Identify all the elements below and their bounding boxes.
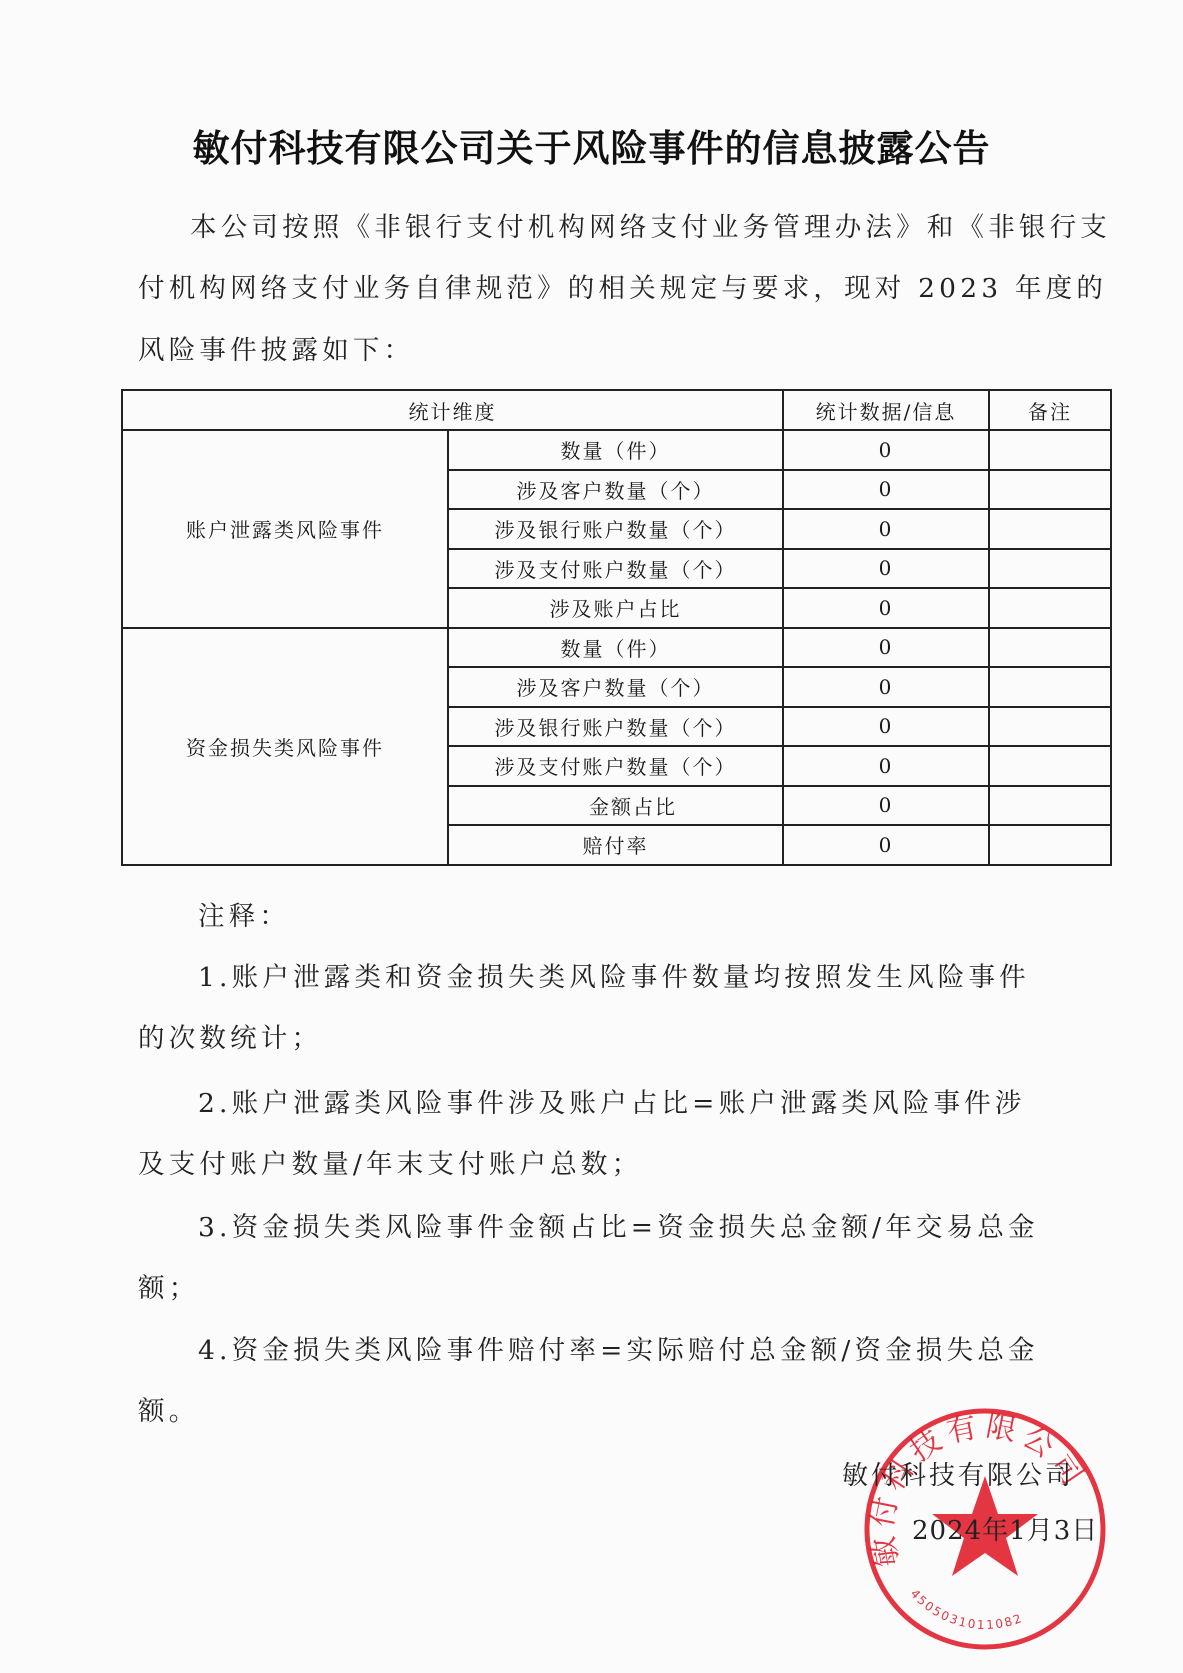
- document-title: 敏付科技有限公司关于风险事件的信息披露公告: [0, 118, 1183, 172]
- value-cell: 0: [783, 667, 989, 707]
- remark-cell: [989, 470, 1111, 510]
- intro-line-2: 付机构网络支付业务自律规范》的相关规定与要求，现对 2023 年度的: [138, 266, 1107, 305]
- remark-cell: [989, 825, 1111, 865]
- note-line-7: 4.资金损失类风险事件赔付率=实际赔付总金额/资金损失总金: [198, 1328, 1039, 1367]
- note-line-1: 1.账户泄露类和资金损失类风险事件数量均按照发生风险事件: [198, 955, 1030, 994]
- note-line-5: 3.资金损失类风险事件金额占比=资金损失总金额/年交易总金: [198, 1205, 1039, 1244]
- risk-stats-table: 统计维度 统计数据/信息 备注 账户泄露类风险事件 数量（件） 0 涉及客户数量…: [121, 389, 1112, 866]
- remark-cell: [989, 746, 1111, 786]
- metric-cell: 涉及支付账户数量（个）: [448, 549, 783, 589]
- category-fund-loss: 资金损失类风险事件: [122, 628, 448, 865]
- metric-cell: 涉及账户占比: [448, 588, 783, 628]
- note-line-2: 的次数统计；: [138, 1016, 322, 1055]
- intro-line-3: 风险事件披露如下：: [138, 328, 414, 367]
- remark-cell: [989, 509, 1111, 549]
- table-row: 账户泄露类风险事件 数量（件） 0: [122, 430, 1111, 470]
- value-cell: 0: [783, 470, 989, 510]
- remark-cell: [989, 588, 1111, 628]
- header-remark: 备注: [989, 390, 1111, 430]
- signature-company: 敏付科技有限公司: [842, 1455, 1074, 1492]
- header-data: 统计数据/信息: [783, 390, 989, 430]
- value-cell: 0: [783, 509, 989, 549]
- metric-cell: 金额占比: [448, 786, 783, 826]
- value-cell: 0: [783, 588, 989, 628]
- note-line-8: 额。: [138, 1389, 199, 1428]
- intro-line-1: 本公司按照《非银行支付机构网络支付业务管理办法》和《非银行支: [190, 205, 1111, 244]
- value-cell: 0: [783, 786, 989, 826]
- table-header-row: 统计维度 统计数据/信息 备注: [122, 390, 1111, 430]
- remark-cell: [989, 707, 1111, 747]
- metric-cell: 数量（件）: [448, 628, 783, 668]
- metric-cell: 涉及支付账户数量（个）: [448, 746, 783, 786]
- table-row: 资金损失类风险事件 数量（件） 0: [122, 628, 1111, 668]
- value-cell: 0: [783, 746, 989, 786]
- note-line-4: 及支付账户数量/年末支付账户总数；: [138, 1142, 642, 1181]
- header-dimension: 统计维度: [122, 390, 783, 430]
- value-cell: 0: [783, 549, 989, 589]
- category-account-leak: 账户泄露类风险事件: [122, 430, 448, 628]
- metric-cell: 涉及客户数量（个）: [448, 667, 783, 707]
- value-cell: 0: [783, 825, 989, 865]
- metric-cell: 赔付率: [448, 825, 783, 865]
- svg-text:4505031011082: 4505031011082: [908, 1586, 1025, 1632]
- value-cell: 0: [783, 707, 989, 747]
- note-line-6: 额；: [138, 1266, 199, 1305]
- metric-cell: 涉及银行账户数量（个）: [448, 509, 783, 549]
- note-line-3: 2.账户泄露类风险事件涉及账户占比=账户泄露类风险事件涉: [198, 1081, 1026, 1120]
- metric-cell: 涉及银行账户数量（个）: [448, 707, 783, 747]
- metric-cell: 数量（件）: [448, 430, 783, 470]
- metric-cell: 涉及客户数量（个）: [448, 470, 783, 510]
- value-cell: 0: [783, 628, 989, 668]
- value-cell: 0: [783, 430, 989, 470]
- signature-date: 2024年1月3日: [912, 1510, 1098, 1547]
- notes-heading: 注释：: [198, 894, 290, 933]
- remark-cell: [989, 786, 1111, 826]
- remark-cell: [989, 430, 1111, 470]
- remark-cell: [989, 549, 1111, 589]
- remark-cell: [989, 628, 1111, 668]
- remark-cell: [989, 667, 1111, 707]
